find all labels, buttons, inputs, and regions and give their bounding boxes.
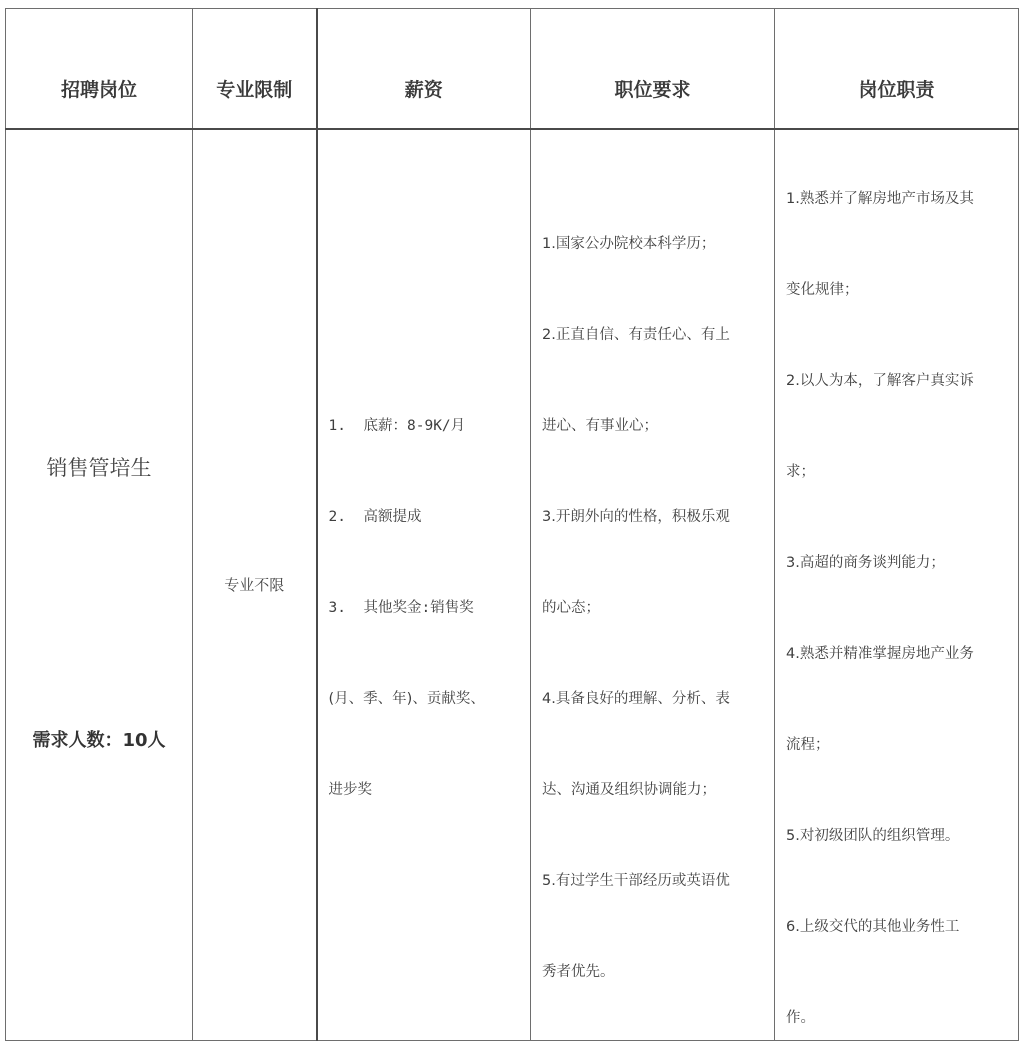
major-cell: 专业不限 — [193, 129, 317, 1041]
duty-line: 变化规律； — [786, 278, 859, 299]
job-posting-container: 招聘岗位 专业限制 薪资 职位要求 岗位职责 销售管培生 需求人数：10人 专业… — [5, 8, 1019, 1041]
duties-cell: 1.熟悉并了解房地产市场及其 变化规律； 2.以人为本，了解客户真实诉 求； 3… — [775, 129, 1019, 1041]
headcount: 需求人数：10人 — [6, 726, 192, 752]
header-position: 招聘岗位 — [6, 9, 193, 129]
header-salary: 薪资 — [317, 9, 531, 129]
requirement-line: 达、沟通及组织协调能力； — [542, 778, 716, 799]
requirement-line: 进心、有事业心； — [542, 414, 658, 435]
duty-line: 3.高超的商务谈判能力； — [786, 551, 945, 572]
position-cell: 销售管培生 需求人数：10人 — [6, 129, 193, 1041]
requirement-line: 4.具备良好的理解、分析、表 — [542, 687, 730, 708]
salary-line: 进步奖 — [329, 778, 373, 799]
requirement-line: 3.开朗外向的性格，积极乐观 — [542, 505, 730, 526]
duty-line: 作。 — [786, 1006, 815, 1027]
header-major: 专业限制 — [193, 9, 317, 129]
requirement-line: 秀者优先。 — [542, 960, 615, 981]
salary-item: 1.底薪：8-9K/月 — [329, 414, 466, 435]
duty-line: 4.熟悉并精准掌握房地产业务 — [786, 642, 974, 663]
salary-item: 3.其他奖金:销售奖 — [329, 596, 474, 617]
header-requirements: 职位要求 — [531, 9, 775, 129]
duty-line: 5.对初级团队的组织管理。 — [786, 824, 959, 845]
duty-line: 流程； — [786, 733, 830, 754]
duty-line: 1.熟悉并了解房地产市场及其 — [786, 187, 974, 208]
salary-line: (月、季、年)、贡献奖、 — [329, 687, 485, 708]
requirement-line: 2.正直自信、有责任心、有上 — [542, 323, 730, 344]
duty-line: 求； — [786, 460, 815, 481]
table-header-row: 招聘岗位 专业限制 薪资 职位要求 岗位职责 — [6, 9, 1019, 129]
requirements-cell: 1.国家公办院校本科学历； 2.正直自信、有责任心、有上 进心、有事业心； 3.… — [531, 129, 775, 1041]
duty-line: 6.上级交代的其他业务性工 — [786, 915, 959, 936]
salary-cell: 1.底薪：8-9K/月 2.高额提成 3.其他奖金:销售奖 (月、季、年)、贡献… — [317, 129, 531, 1041]
job-posting-table: 招聘岗位 专业限制 薪资 职位要求 岗位职责 销售管培生 需求人数：10人 专业… — [5, 8, 1019, 1041]
requirement-line: 的心态； — [542, 596, 600, 617]
requirement-line: 5.有过学生干部经历或英语优 — [542, 869, 730, 890]
header-duties: 岗位职责 — [775, 9, 1019, 129]
position-title: 销售管培生 — [6, 452, 192, 482]
requirement-line: 1.国家公办院校本科学历； — [542, 232, 715, 253]
table-row: 销售管培生 需求人数：10人 专业不限 1.底薪：8-9K/月 2.高额提成 3… — [6, 129, 1019, 1041]
salary-item: 2.高额提成 — [329, 505, 422, 526]
duty-line: 2.以人为本，了解客户真实诉 — [786, 369, 974, 390]
